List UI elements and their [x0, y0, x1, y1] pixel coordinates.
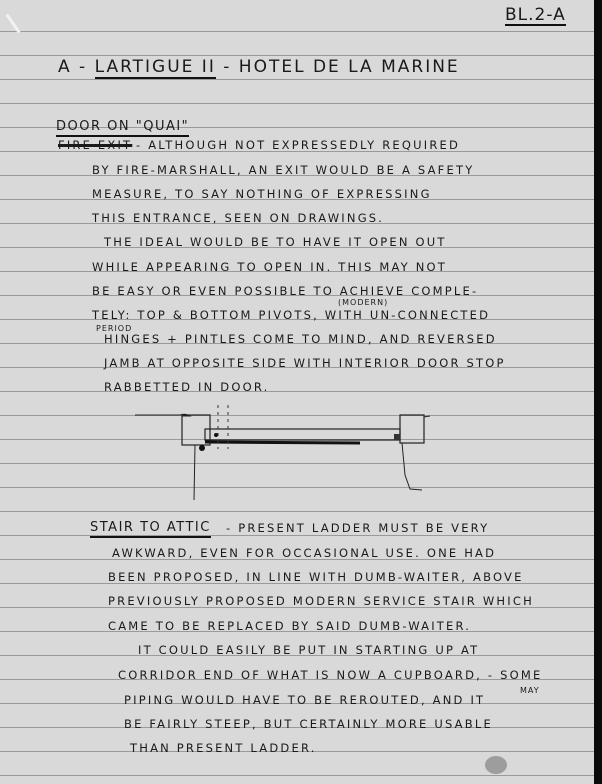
text-line: be easy or even possible to achieve comp…	[92, 284, 478, 298]
text-line: be fairly steep, but certainly more usab…	[124, 717, 493, 731]
text-line: measure, to say nothing of expressing	[92, 187, 432, 201]
text-line: by Fire-Marshall, an exit would be a saf…	[92, 163, 474, 177]
struck-heading: Fire Exit	[58, 138, 132, 152]
text-line: - Although not expressedly required	[136, 138, 460, 152]
text-line: jamb at opposite side with interior door…	[104, 356, 506, 370]
paper-stain	[485, 756, 507, 774]
text-line: this entrance, seen on drawings.	[92, 211, 384, 225]
page-title: A - LARTIGUE II - HOTEL DE LA MARINE	[58, 60, 460, 74]
text-line: while appearing to open in. This may not	[92, 260, 447, 274]
text-line: than present ladder.	[130, 741, 317, 755]
paper-scratch	[5, 14, 20, 34]
title-suffix: - HOTEL DE LA MARINE	[216, 57, 460, 77]
text-line: - Present ladder must be very	[226, 521, 489, 535]
text-line: came to be replaced by said dumb-waiter.	[108, 619, 471, 633]
text-line: It could easily be put in starting up at	[138, 643, 479, 657]
handwritten-note-page: BL.2-A A - LARTIGUE II - HOTEL DE LA MAR…	[0, 0, 594, 784]
text-line: corridor end of what is now a cupboard, …	[118, 668, 542, 682]
title-underlined: LARTIGUE II	[95, 57, 216, 79]
title-prefix: A -	[58, 57, 95, 77]
text-line: been proposed, in line with dumb-waiter,…	[108, 570, 524, 584]
scan-edge	[594, 0, 602, 784]
text-line: hinges + pintles come to mind, and rever…	[104, 332, 497, 346]
page-reference: BL.2-A	[505, 8, 566, 26]
insertion-may: may	[520, 684, 540, 698]
section-heading-door: Door on "Quai"	[56, 120, 189, 137]
door-plan-sketch	[130, 405, 430, 505]
text-line: awkward, even for occasional use. One ha…	[112, 546, 496, 560]
text-line: The ideal would be to have it open out	[104, 235, 447, 249]
section-heading-stair: Stair to Attic	[90, 521, 211, 538]
text-line: rabbetted in door.	[104, 380, 270, 394]
text-line: previously proposed modern service stair…	[108, 594, 534, 608]
text-line: piping would have to be rerouted, and it	[124, 693, 485, 707]
text-line: tely: Top & bottom pivots, with un-conne…	[92, 308, 490, 322]
